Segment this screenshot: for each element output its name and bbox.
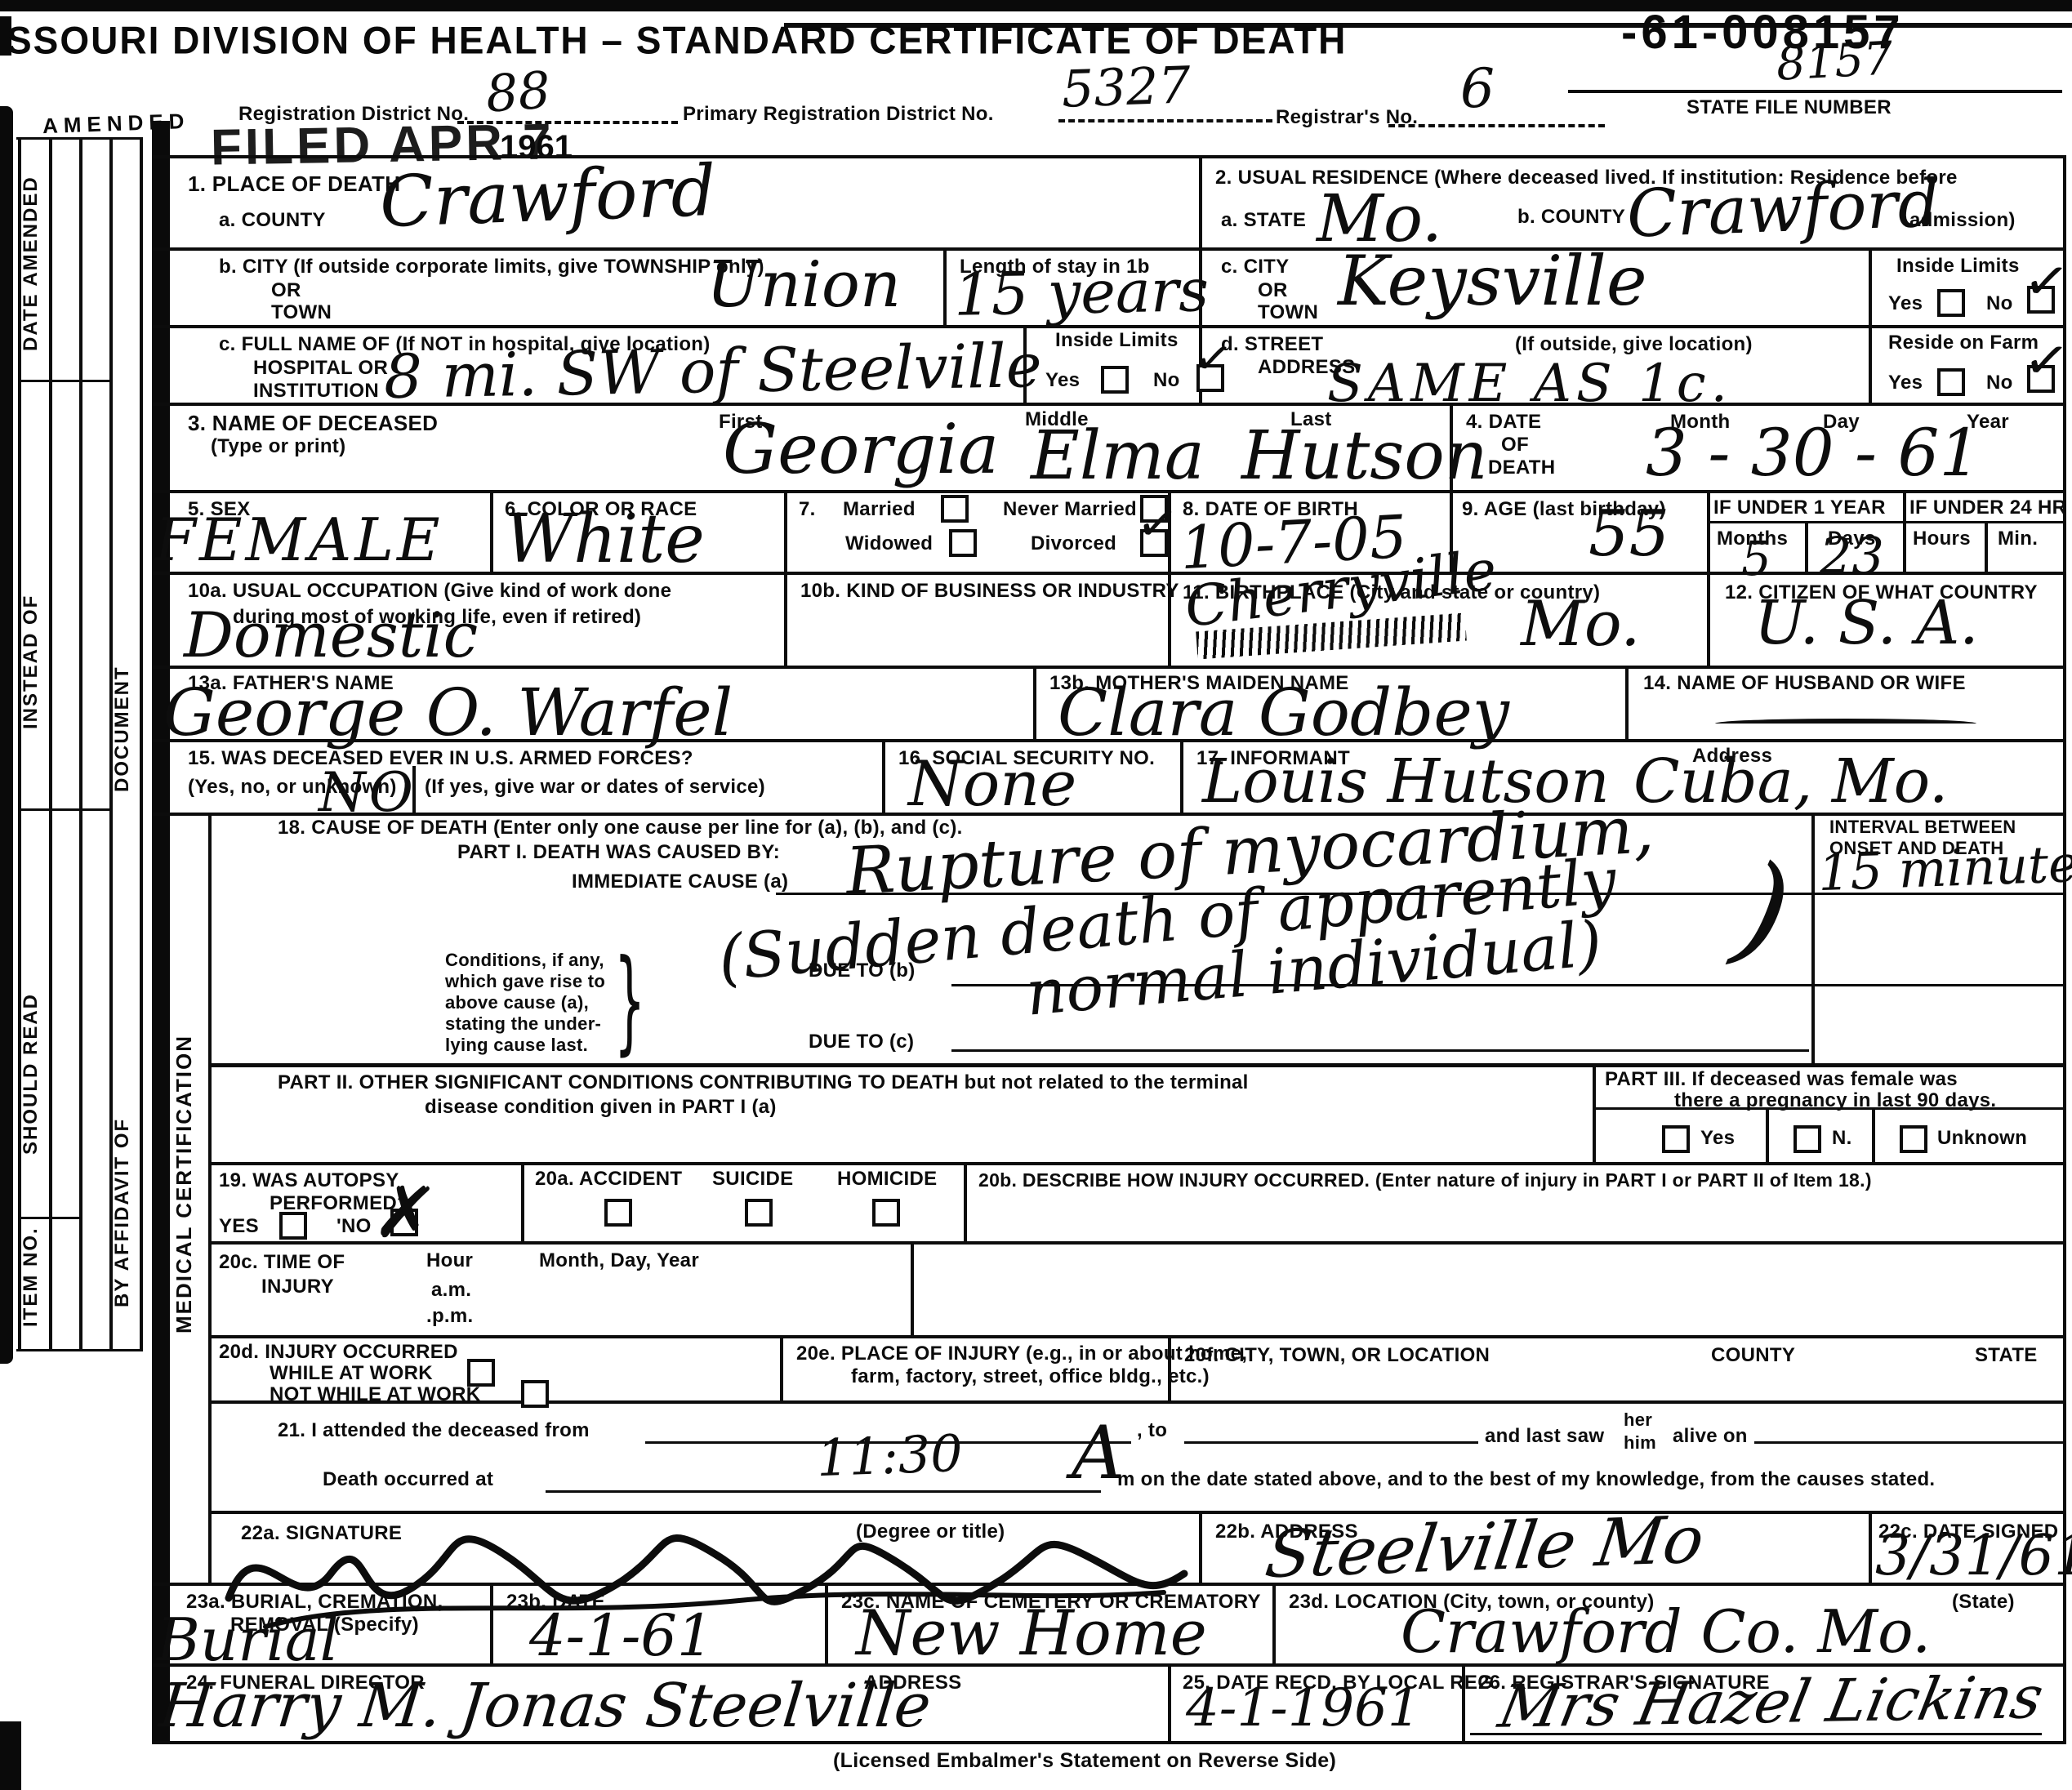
autopsy-yes-label: YES [219,1215,259,1238]
grid-line [208,1063,2066,1067]
grid-line [208,1335,2066,1338]
res-or-label: OR [1258,279,1288,302]
margin-document-label: DOCUMENT [111,637,139,821]
stay-value: 15 years [953,260,1209,323]
divorced-label: Divorced [1031,532,1116,555]
grid-line [1199,1511,1202,1583]
accident-label: 20a. ACCIDENT [535,1168,682,1191]
res-county-label: b. COUNTY [1517,206,1625,229]
if-under-24-hr-label: IF UNDER 24 HR [1909,496,2066,519]
county-label: a. COUNTY [219,209,326,232]
alive-on-line [1754,1441,2066,1444]
injury-city-label: 20f. CITY, TOWN, OR LOCATION [1184,1344,1490,1367]
homicide-checkbox [872,1199,900,1227]
if-under-1-year-label: IF UNDER 1 YEAR [1713,496,1886,519]
grid-line [1869,247,1872,403]
grid-line [208,1241,2066,1245]
occupation-value: Domestic [184,604,478,666]
suicide-label: SUICIDE [712,1168,793,1191]
res-state-label: a. STATE [1221,209,1306,232]
birthplace-value2: Mo. [1521,593,1640,655]
yes-label: Yes [1045,369,1080,392]
sex-value: FEMALE [155,510,443,569]
grid-line [780,1335,783,1400]
address22-value: Steelville Mo [1262,1507,1708,1588]
registrar-signature-value: Mrs Hazel Lickins [1495,1668,2048,1736]
attended-to-line [1184,1441,1478,1444]
margin-col-line [79,137,82,1351]
date-of-death-label3: DEATH [1488,456,1555,479]
autopsy-no-label: 'NO [336,1215,372,1238]
grid-line [1625,666,1629,739]
part2-line1: PART II. OTHER SIGNIFICANT CONDITIONS CO… [278,1071,1249,1094]
reside-on-farm-label: Reside on Farm [1888,332,2039,354]
grid-line [1168,1663,1171,1741]
medical-cert-divider [208,813,212,1583]
margin-by-affidavit-label: BY AFFIDAVIT OF [111,1078,139,1347]
ssn-value: None [908,753,1076,815]
farm-no-label: No [1986,372,2013,394]
mothers-maiden-value: Clara Godbey [1058,680,1509,746]
form-left-bar [152,121,170,1744]
informant-address-value: Cuba, Mo. [1633,751,1948,812]
pregnancy-no-label: N. [1832,1127,1852,1150]
grid-line [1593,1063,1596,1162]
am-label: a.m. [431,1279,471,1302]
date-recd-value: 4-1-1961 [1186,1682,1421,1734]
checkmark-icon: ✓ [2021,252,2072,311]
part1-label: PART I. DEATH WAS CAUSED BY: [457,841,780,864]
widowed-checkbox [949,529,977,557]
date-of-death-label1: 4. DATE [1466,411,1541,434]
armed-forces-label3: (If yes, give war or dates of service) [425,776,765,799]
res-town-label: TOWN [1258,301,1318,324]
while-at-work-checkbox [467,1359,495,1387]
burial-date-value: 4-1-61 [529,1607,713,1664]
place-of-death-heading: 1. PLACE OF DEATH [188,171,400,197]
inside-limits-yes-checkbox [1101,366,1129,394]
death-time-value: 11:30 [816,1428,964,1484]
city-value: Union [706,253,901,317]
days-value: 23 [1820,531,1884,581]
time-of-injury-label1: 20c. TIME OF [219,1251,345,1274]
months-value: 5 [1741,535,1771,582]
grid-line [784,490,787,666]
res-inside-limits-label: Inside Limits [1896,255,2020,278]
hours-label: Hours [1913,528,1971,550]
death-time-line [546,1490,1101,1493]
state-file-number-label: STATE FILE NUMBER [1687,96,1892,119]
describe-injury-label: 20b. DESCRIBE HOW INJURY OCCURRED. (Ente… [978,1169,1872,1191]
street-label1: d. STREET [1221,333,1323,356]
funeral-director-value: Harry M. Jonas Steelville [157,1676,934,1736]
res-inside-limits-yes-checkbox [1937,289,1965,317]
grid-line [208,1400,2066,1404]
registrars-no-line [1388,124,1605,127]
margin-item-no-label: ITEM NO. [20,1207,47,1347]
attended-line1c: and last saw [1485,1425,1604,1448]
homicide-label: HOMICIDE [837,1168,937,1191]
min-label: Min. [1998,528,2038,550]
date-of-death-value: 3 - 30 - 61 [1646,421,1981,486]
margin-cross-line [18,380,109,382]
date-signed-value: 3/31/61 [1875,1529,2072,1584]
type-or-print-label: (Type or print) [211,435,345,458]
interval-value: 15 minutes [1817,838,2072,898]
conditions-line4: stating the under- [445,1013,601,1035]
footer-note: (Licensed Embalmer's Statement on Revers… [833,1749,1336,1773]
state-file-line [1568,90,2062,93]
grid-line [152,247,2066,251]
res-yes-label: Yes [1888,292,1923,315]
checkmark-icon: ✓ [2021,331,2072,390]
marital-num: 7. [799,498,816,521]
grid-line [208,1162,2066,1165]
place-of-injury-label2: farm, factory, street, office bldg., etc… [851,1365,1210,1388]
scan-bottom-left-blob [0,1721,21,1790]
attended-line1b: , to [1137,1419,1167,1442]
margin-should-read-label: SHOULD READ [20,964,47,1184]
part2-line2: disease condition given in PART I (a) [425,1096,777,1119]
pregnancy-unknown-label: Unknown [1937,1127,2027,1150]
street-value: SAME AS 1c. [1327,358,1732,410]
res-county-value: Crawford [1626,171,1941,247]
margin-bottom-line [16,1349,143,1351]
burial-value: Burial [157,1610,339,1669]
registrar-signature-line [1470,1733,2042,1735]
injury-occurred-label3: NOT WHILE AT WORK [270,1383,480,1406]
conditions-line3: above cause (a), [445,992,589,1013]
place-of-injury-label1: 20e. PLACE OF INJURY (e.g., in or about … [796,1342,1247,1365]
grid-line [1903,490,1906,572]
margin-col-line [49,137,52,1351]
attended-him: him [1624,1432,1656,1454]
res-city-value: Keysville [1338,247,1647,315]
armed-forces-value: NO [319,766,417,820]
immediate-cause-label: IMMEDIATE CAUSE (a) [572,871,788,893]
conditions-line1: Conditions, if any, [445,950,604,971]
grid-line [1985,521,1988,572]
autopsy-yes-checkbox [279,1212,307,1240]
part3-line2: there a pregnancy in last 90 days. [1674,1089,1996,1112]
pregnancy-yes-label: Yes [1700,1127,1735,1150]
institution-label2: HOSPITAL OR [253,357,388,380]
spouse-dash-mark [1715,719,1976,724]
form-bottom-border [152,1741,2066,1744]
scan-left-edge [0,106,13,1364]
checkmark-icon: ✓ [1134,497,1181,551]
margin-col-line [140,137,143,1351]
conditions-line5: lying cause last. [445,1035,588,1056]
death-occurred-rest: m on the date stated above, and to the b… [1117,1468,1935,1491]
state-file-number-handwritten: 8157 [1776,36,1894,87]
armed-forces-label1: 15. WAS DECEASED EVER IN U.S. ARMED FORC… [188,747,693,770]
location-state-label: (State) [1952,1591,2015,1614]
interval-label1: INTERVAL BETWEEN [1829,817,2016,838]
pm-label: .p.m. [426,1305,474,1328]
grid-line [1272,1583,1276,1663]
registrars-no-value: 6 [1460,62,1495,116]
medical-certification-label: MEDICAL CERTIFICATION [172,915,206,1454]
hour-label: Hour [426,1249,473,1272]
primary-registration-line [1058,119,1272,122]
big-paren-stroke: ) [1727,846,1799,976]
due-to-b-label: DUE TO (b) [809,960,916,982]
grid-line [521,1162,524,1241]
res-no-label: No [1986,292,2013,315]
suicide-checkbox [745,1199,773,1227]
pregnancy-yes-checkbox [1662,1125,1690,1153]
accident-checkbox [604,1199,632,1227]
margin-date-amended-label: DATE AMENDED [20,151,47,376]
grid-line [1033,666,1036,739]
injury-occurred-label1: 20d. INJURY OCCURRED [219,1341,458,1364]
primary-registration-value: 5327 [1061,60,1192,114]
attended-line1a: 21. I attended the deceased from [278,1419,590,1442]
grid-line [1872,1107,1875,1162]
city-town-label: TOWN [271,301,332,324]
date-of-death-label2: OF [1501,434,1529,456]
middle-name-value: Elma [1031,423,1205,490]
pregnancy-unknown-checkbox [1900,1125,1927,1153]
pregnancy-no-checkbox [1794,1125,1821,1153]
no-label: No [1153,369,1180,392]
grid-line [1805,521,1808,572]
conditions-line2: which gave rise to [445,971,605,992]
form-top-border [152,155,2066,158]
grid-line [1766,1107,1769,1162]
autopsy-label1: 19. WAS AUTOPSY [219,1169,399,1192]
grid-line [1707,490,1710,666]
interval-divider [1811,813,1815,1063]
res-city-label: c. CITY [1221,256,1289,278]
married-label: Married [843,498,916,521]
grid-line [964,1162,967,1241]
age-value: 55 [1589,502,1669,566]
institution-value: 8 mi. SW of Steelville [383,336,1042,407]
business-label: 10b. KIND OF BUSINESS OR INDUSTRY [800,580,1179,603]
city-label: b. CITY (If outside corporate limits, gi… [219,256,764,278]
registration-district-value: 88 [484,65,552,119]
primary-registration-label: Primary Registration District No. [683,103,994,126]
injury-county-label: COUNTY [1711,1344,1795,1367]
cause-c-underline [951,1049,1809,1052]
month-day-year-label: Month, Day, Year [539,1249,699,1272]
grid-line [882,739,885,813]
cross-mark-icon: ✗ [370,1173,440,1254]
attended-line1d: alive on [1673,1425,1748,1448]
name-of-deceased-heading: 3. NAME OF DECEASED [188,411,438,436]
grid-line [943,247,947,325]
not-while-at-work-checkbox [521,1380,549,1408]
street-hint: (If outside, give location) [1515,333,1753,356]
married-checkbox [941,495,969,523]
color-or-race-value: White [505,506,705,573]
city-or-label: OR [271,279,301,302]
injury-state-label: STATE [1975,1344,2038,1367]
first-name-value: Georgia [723,415,999,483]
grid-line [1707,521,2066,523]
margin-cross-line [18,808,109,811]
inside-limits-label: Inside Limits [1055,329,1179,352]
citizen-value: U. S. A. [1754,593,1979,653]
farm-yes-label: Yes [1888,372,1923,394]
county-value: Crawford [379,156,717,238]
death-certificate-scan: SSOURI DIVISION OF HEALTH – STANDARD CER… [0,0,2072,1790]
due-to-c-label: DUE TO (c) [809,1031,914,1053]
husband-or-wife-label: 14. NAME OF HUSBAND OR WIFE [1643,672,1966,695]
last-name-value: Hutson [1241,423,1488,490]
time-of-injury-label2: INJURY [261,1276,334,1298]
death-occurred-label: Death occurred at [323,1468,493,1491]
conditions-brace: } [614,946,645,1058]
fathers-name-value: George O. Warfel [163,680,733,746]
widowed-label: Widowed [845,532,933,555]
grid-line [1869,1511,1872,1583]
injury-occurred-label2: WHILE AT WORK [270,1362,433,1385]
attended-her: her [1624,1409,1652,1431]
margin-instead-of-label: INSTEAD OF [20,563,47,759]
grid-line [911,1241,914,1335]
grid-line [490,490,493,572]
never-married-label: Never Married [1003,498,1137,521]
part3-line1: PART III. If deceased was female was [1605,1068,1958,1091]
institution-label3: INSTITUTION [253,380,379,403]
location-value: Crawford Co. Mo. [1401,1602,1931,1661]
cemetery-value: New Home [856,1602,1207,1664]
farm-yes-checkbox [1937,368,1965,396]
